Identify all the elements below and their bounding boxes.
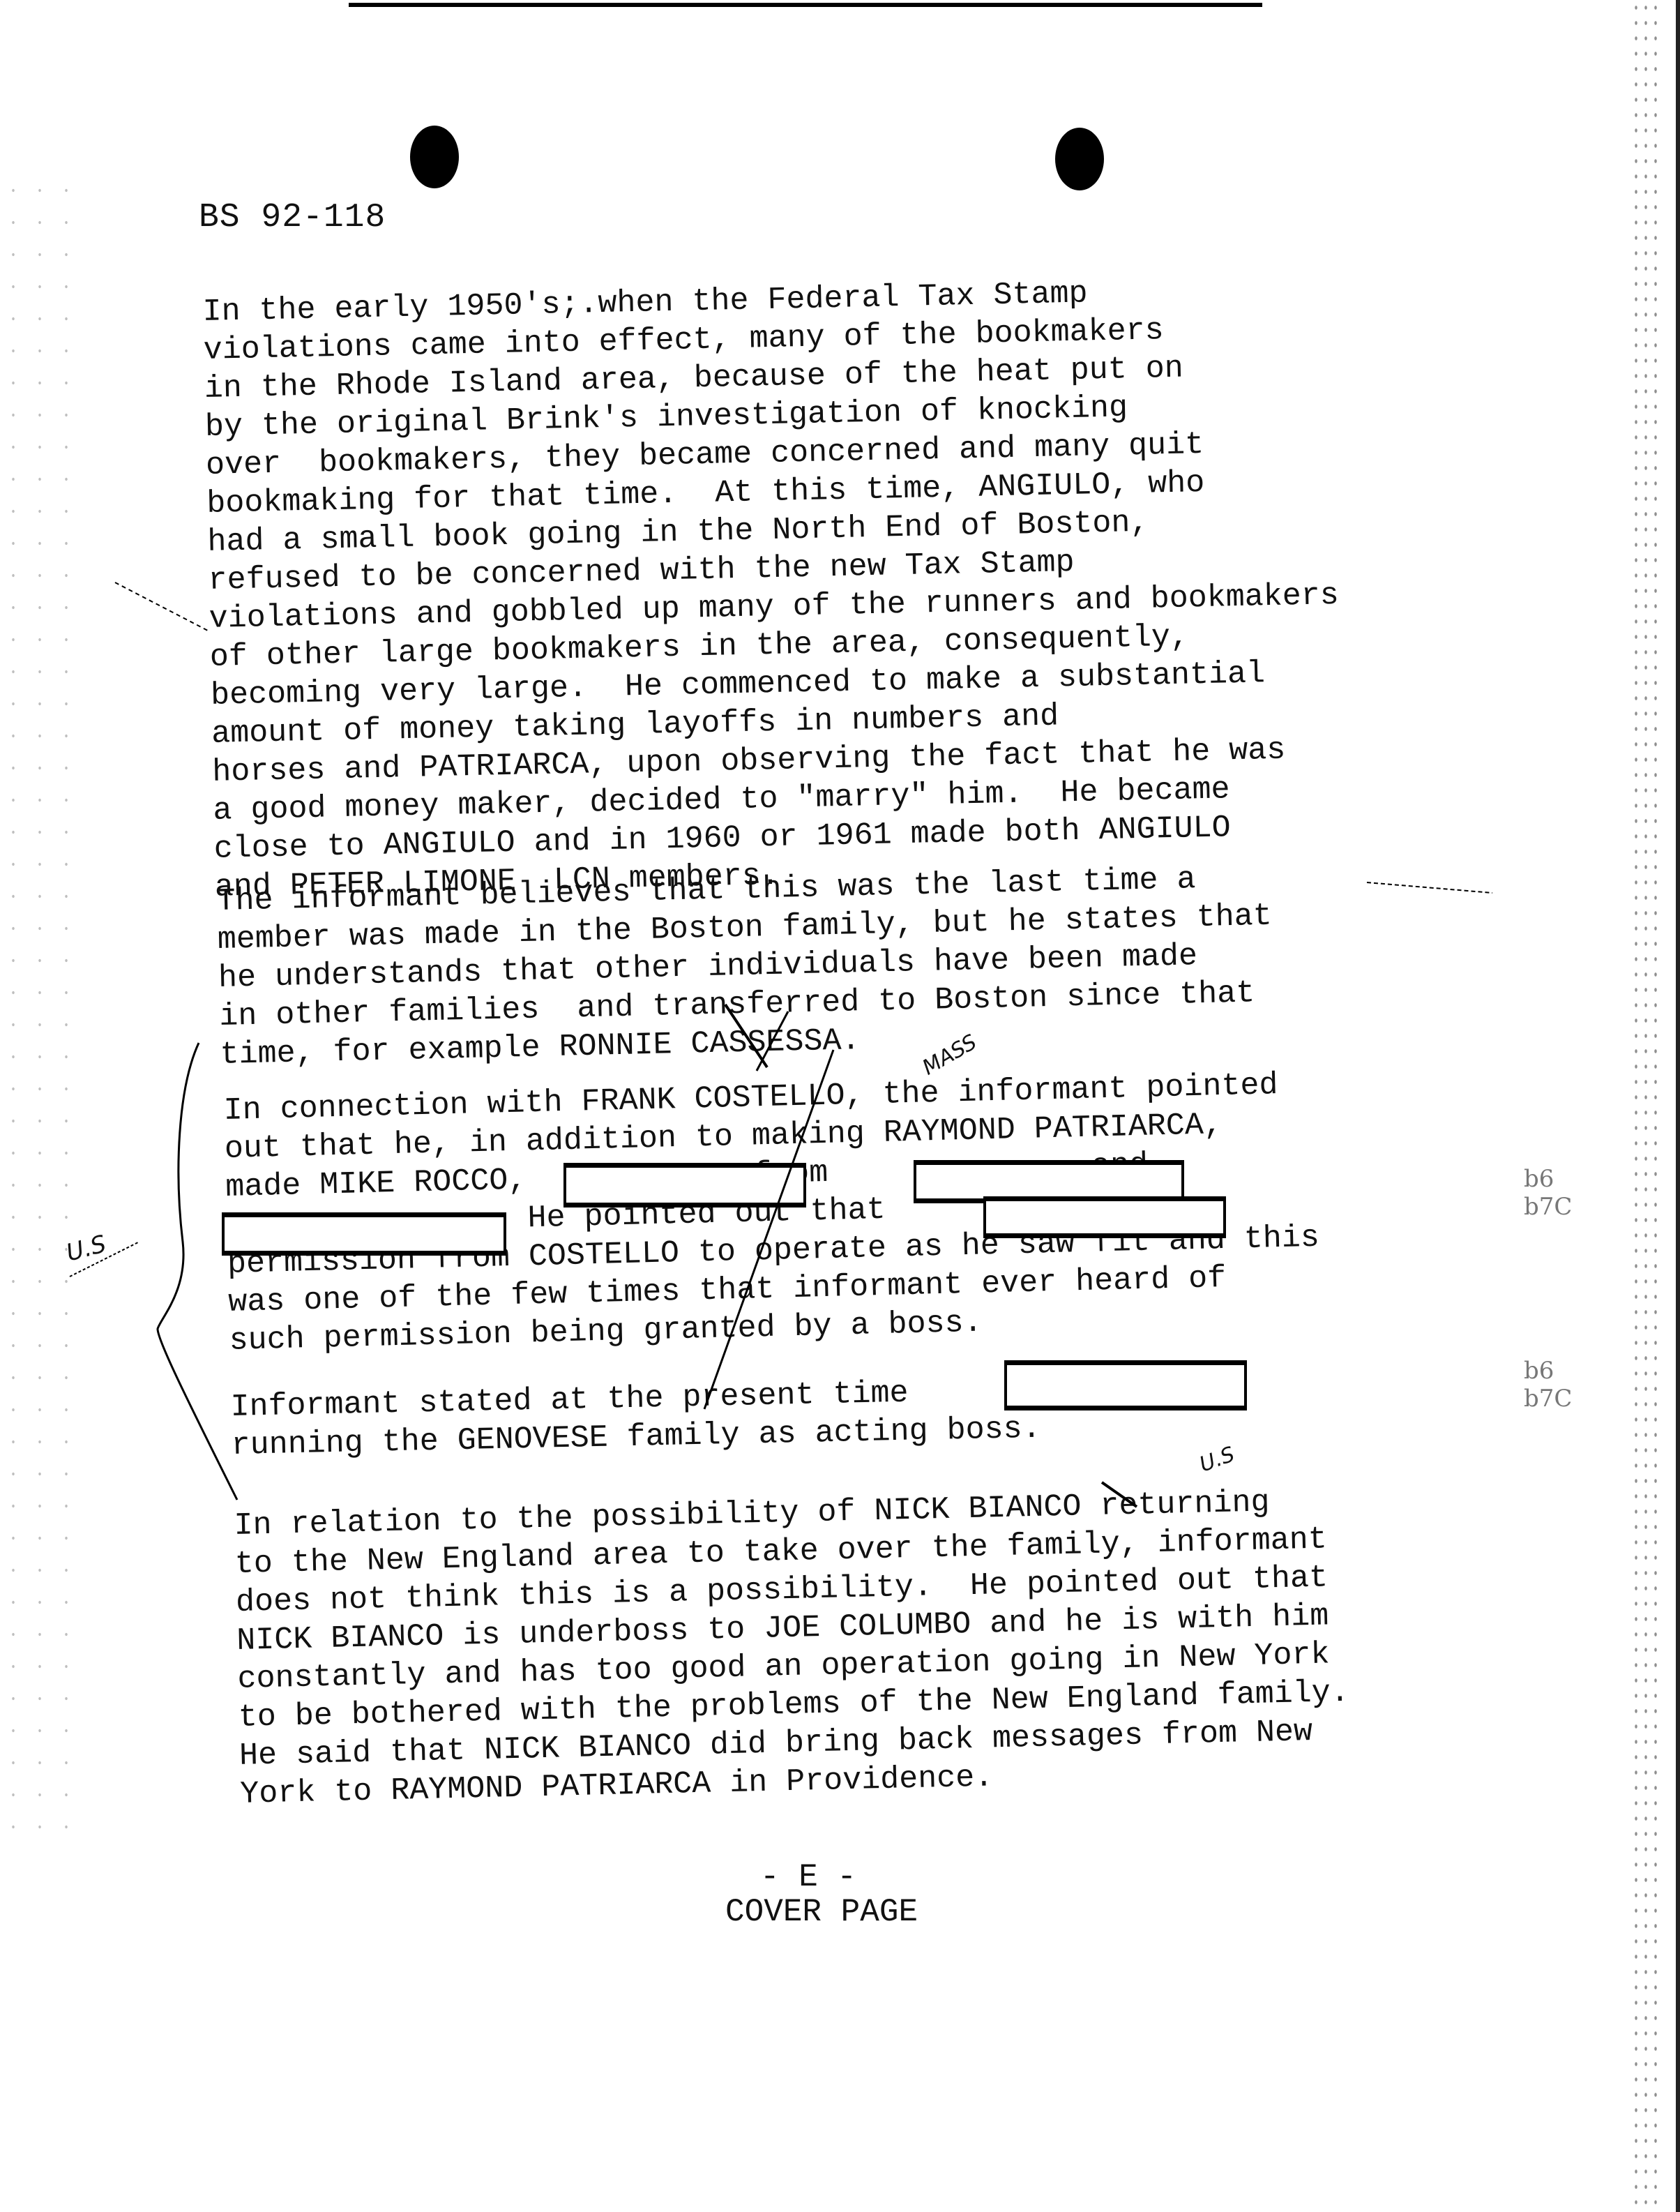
top-edge-bar (349, 3, 1262, 7)
redaction-box (983, 1196, 1226, 1238)
paragraph-5: In relation to the possibility of NICK B… (234, 1482, 1352, 1814)
redaction-box (563, 1163, 806, 1207)
exemption-codes-1: b6 b7C (1524, 1165, 1572, 1221)
redaction-box (222, 1212, 506, 1256)
exemption-code: b7C (1524, 1385, 1572, 1413)
scan-noise-right (1631, 0, 1659, 2212)
file-number: BS 92-118 (199, 199, 386, 236)
document-page: BS 92-118 In the early 1950's;.when the … (0, 0, 1680, 2212)
scan-noise-left (0, 174, 84, 1849)
cover-page-title: COVER PAGE (725, 1894, 918, 1930)
punch-hole-left (410, 126, 459, 188)
scan-edge (1676, 0, 1680, 2212)
handwritten-note: U.S (1197, 1442, 1238, 1477)
paragraph-1: In the early 1950's;.when the Federal Ta… (202, 269, 1345, 907)
punch-hole-right (1055, 128, 1104, 190)
paragraph-2: The informant believes that this was the… (216, 859, 1275, 1074)
exemption-code: b6 (1524, 1357, 1572, 1385)
exemption-code: b7C (1524, 1193, 1572, 1221)
exemption-code: b6 (1524, 1165, 1572, 1193)
redaction-box (1004, 1360, 1247, 1410)
page-mark: - E - (760, 1859, 856, 1895)
exemption-codes-2: b6 b7C (1524, 1357, 1572, 1413)
